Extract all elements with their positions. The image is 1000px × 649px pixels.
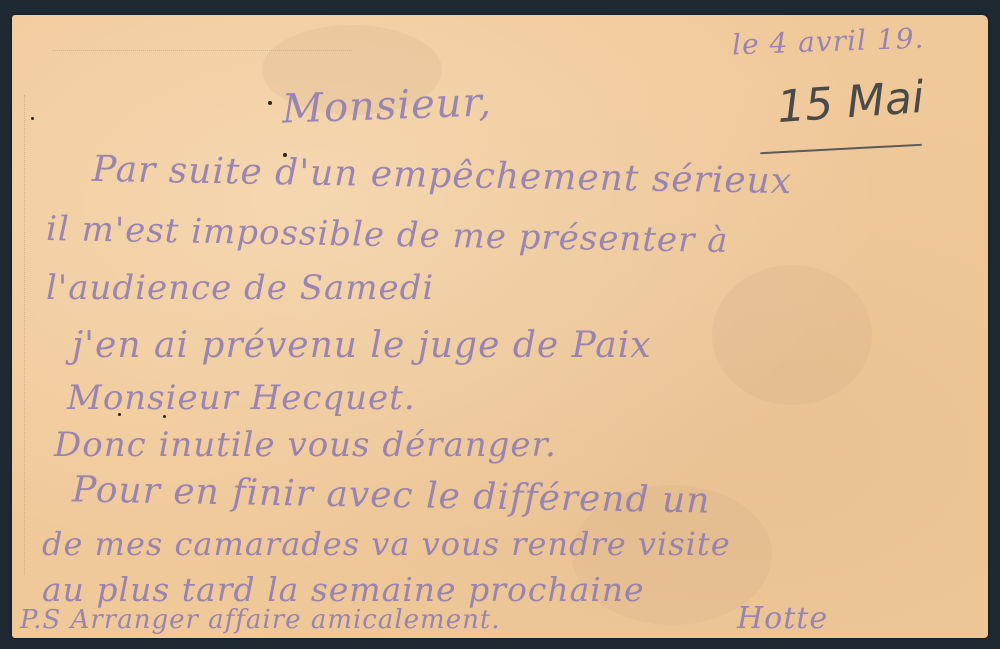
postcard: le 4 avril 19. 15 Mai Monsieur, Par suit… xyxy=(12,15,988,638)
printed-top-line xyxy=(52,50,352,51)
letter-line-6: Donc inutile vous déranger. xyxy=(54,425,557,465)
letter-line-1: Par suite d'un empêchement sérieux xyxy=(92,149,793,202)
date-line: le 4 avril 19. xyxy=(731,22,924,62)
postscript: P.S Arranger affaire amicalement. xyxy=(20,605,501,635)
letter-line-4: j'en ai prévenu le juge de Paix xyxy=(72,325,652,366)
letter-line-8: de mes camarades va vous rendre visite xyxy=(42,525,731,563)
pin-hole xyxy=(31,117,34,120)
pin-hole xyxy=(268,101,272,105)
letter-line-2: il m'est impossible de me présenter à xyxy=(46,209,729,261)
paper-stain xyxy=(712,265,872,405)
letter-line-7: Pour en finir avec le différend un xyxy=(72,469,711,521)
letter-line-9: au plus tard la semaine prochaine xyxy=(42,570,645,609)
letter-line-3: l'audience de Samedi xyxy=(46,268,434,308)
letter-line-5: Monsieur Hecquet. xyxy=(67,378,416,418)
pencil-underline xyxy=(760,144,922,154)
printed-margin-line xyxy=(24,95,26,575)
signature: Hotte xyxy=(737,601,828,636)
pencil-date-annotation: 15 Mai xyxy=(775,72,925,133)
salutation: Monsieur, xyxy=(281,79,492,132)
